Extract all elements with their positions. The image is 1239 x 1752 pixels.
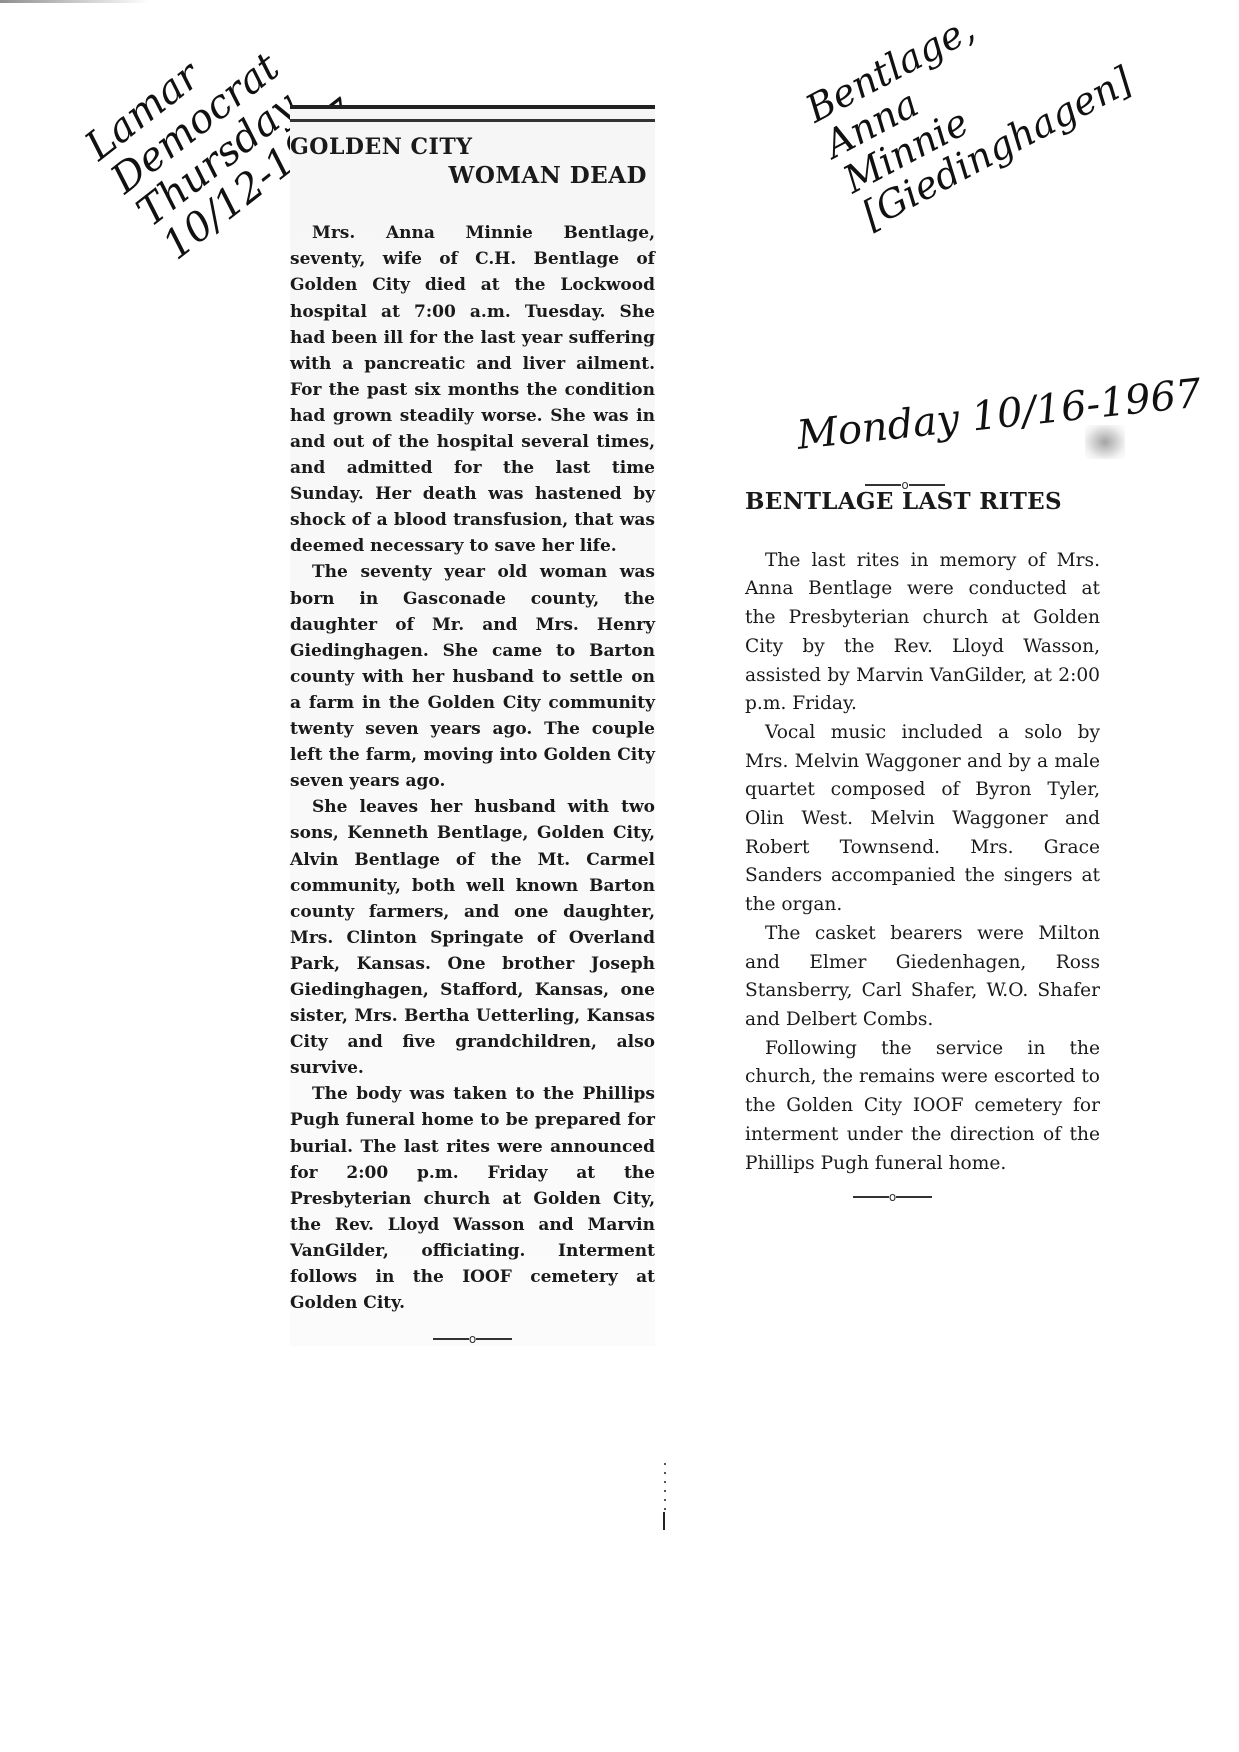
obituary-clipping: GOLDEN CITY WOMAN DEAD Mrs. Anna Minnie … (290, 105, 655, 1346)
obituary-body: Mrs. Anna Minnie Bentlage, seventy, wife… (290, 220, 655, 1316)
clipping-edge-dots (664, 1463, 666, 1513)
paragraph: Following the service in the church, the… (745, 1035, 1100, 1179)
separator-glyph: o (469, 1332, 476, 1346)
headline-line-1: GOLDEN CITY (290, 134, 472, 160)
paragraph: The body was taken to the Phillips Pugh … (290, 1081, 655, 1316)
end-separator: o (745, 1190, 1100, 1204)
scan-edge-artifact (0, 0, 150, 3)
paragraph: Vocal music included a solo by Mrs. Melv… (745, 719, 1100, 920)
headline-line-2: WOMAN DEAD (290, 162, 655, 191)
paragraph: Mrs. Anna Minnie Bentlage, seventy, wife… (290, 220, 655, 559)
paragraph: She leaves her husband with two sons, Ke… (290, 794, 655, 1081)
obituary-headline: GOLDEN CITY WOMAN DEAD (290, 134, 655, 190)
column-top-rule (290, 105, 655, 122)
paragraph: The last rites in memory of Mrs. Anna Be… (745, 547, 1100, 719)
handwritten-name-note: Bentlage, Anna Minnie [Giedinghagen] (800, 0, 1138, 236)
last-rites-headline: BENTLAGE LAST RITES (745, 488, 1100, 517)
end-separator: o (290, 1332, 655, 1346)
paragraph: The seventy year old woman was born in G… (290, 559, 655, 794)
clipping-edge-mark (663, 1512, 665, 1530)
paragraph: The casket bearers were Milton and Elmer… (745, 920, 1100, 1035)
last-rites-clipping: BENTLAGE LAST RITES The last rites in me… (745, 480, 1100, 1204)
handwritten-date-note: Monday 10/16-1967 (795, 373, 1203, 457)
last-rites-body: The last rites in memory of Mrs. Anna Be… (745, 547, 1100, 1178)
separator-glyph: o (889, 1190, 896, 1204)
ink-smudge (1085, 425, 1125, 459)
